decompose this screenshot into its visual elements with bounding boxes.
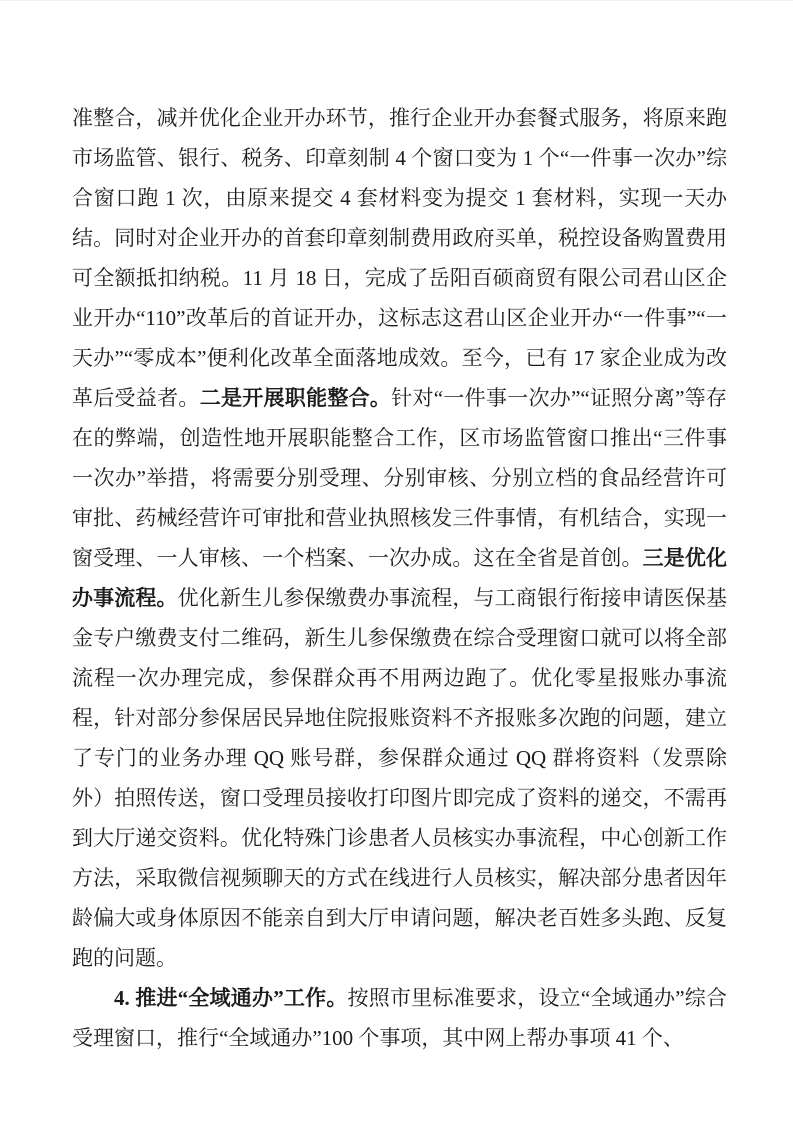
heading-run-second-measure: 二是开展职能整合。 (200, 386, 392, 410)
text-run-opening: 准整合，减并优化企业开办环节，推行企业开办套餐式服务，将原来跑市场监管、银行、税… (72, 106, 727, 410)
document-page: 准整合，减并优化企业开办环节，推行企业开办套餐式服务，将原来跑市场监管、银行、税… (0, 0, 793, 1122)
heading-run-item-4: 4. 推进“全域通办”工作。 (114, 986, 348, 1010)
text-run-process-optimization: 优化新生儿参保缴费办事流程，与工商银行衔接申请医保基金专户缴费支付二维码，新生儿… (72, 586, 727, 970)
text-run-function-integration: 针对“一件事一次办”“证照分离”等存在的弊端，创造性地开展职能整合工作，区市场监… (72, 386, 727, 570)
paragraph-region-wide-service: 4. 推进“全域通办”工作。按照市里标准要求，设立“全域通办”综合受理窗口，推行… (72, 978, 727, 1058)
paragraph-measures: 准整合，减并优化企业开办环节，推行企业开办套餐式服务，将原来跑市场监管、银行、税… (72, 98, 727, 978)
